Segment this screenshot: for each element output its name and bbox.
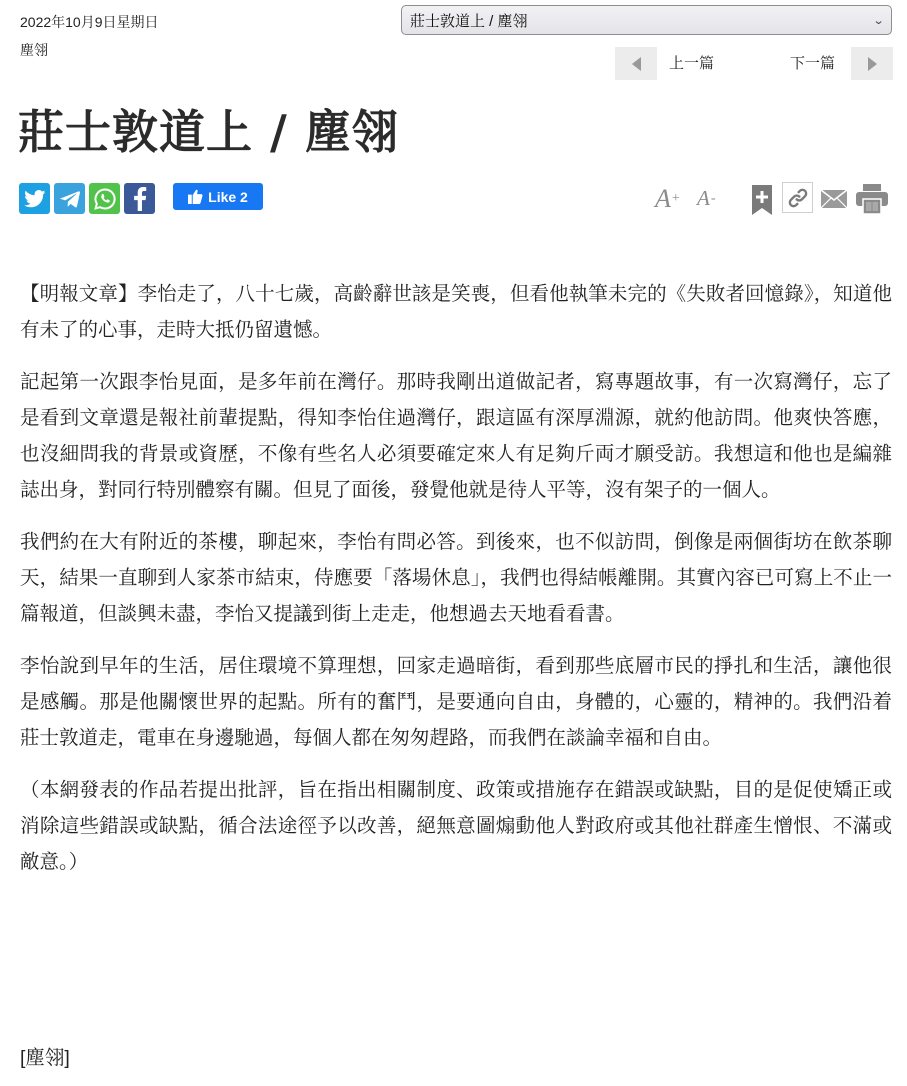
print-icon — [856, 184, 888, 214]
copy-link-button[interactable] — [782, 182, 813, 213]
article-byline: [塵翎] — [20, 1042, 70, 1070]
print-button[interactable] — [856, 183, 888, 215]
link-icon — [787, 187, 809, 209]
twitter-icon — [24, 190, 46, 208]
article-select-dropdown[interactable]: 莊士敦道上 / 塵翎 ⌄ — [401, 5, 892, 35]
facebook-icon — [133, 187, 147, 211]
article-select-value: 莊士敦道上 / 塵翎 — [410, 10, 528, 31]
telegram-icon — [60, 190, 80, 208]
font-decrease-button[interactable]: A- — [697, 186, 716, 211]
like-count-label: Like 2 — [208, 189, 248, 205]
email-share-button[interactable] — [821, 189, 847, 209]
bookmark-add-icon — [752, 185, 772, 215]
article-paragraph: 李怡說到早年的生活，居住環境不算理想，回家走過暗街，看到那些底層市民的掙扎和生活… — [20, 648, 892, 756]
minus-sign: - — [711, 191, 716, 207]
article-body: 【明報文章】李怡走了，八十七歲，高齡辭世該是笑喪，但看他執筆未完的《失敗者回憶錄… — [20, 276, 892, 896]
thumbs-up-icon — [188, 189, 203, 204]
arrow-left-icon — [632, 57, 641, 71]
prev-article-button[interactable] — [615, 47, 657, 80]
plus-sign: + — [672, 191, 680, 207]
article-paragraph: 記起第一次跟李怡見面，是多年前在灣仔。那時我剛出道做記者，寫專題故事，有一次寫灣… — [20, 364, 892, 508]
author-name: 塵翎 — [20, 40, 48, 60]
share-twitter-button[interactable] — [19, 183, 50, 214]
article-tools: A+ A- — [655, 182, 895, 218]
arrow-right-icon — [868, 57, 877, 71]
share-facebook-button[interactable] — [124, 183, 155, 214]
font-increase-button[interactable]: A+ — [655, 184, 680, 214]
article-paragraph: 【明報文章】李怡走了，八十七歲，高齡辭世該是笑喪，但看他執筆未完的《失敗者回憶錄… — [20, 276, 892, 348]
share-buttons — [19, 183, 155, 214]
disclaimer-paragraph: （本網發表的作品若提出批評，旨在指出相關制度、政策或措施存在錯誤或缺點，目的是促… — [20, 772, 892, 880]
share-telegram-button[interactable] — [54, 183, 85, 214]
publish-date: 2022年10月9日星期日 — [20, 12, 159, 32]
prev-article-link[interactable]: 上一篇 — [669, 52, 714, 73]
share-whatsapp-button[interactable] — [89, 183, 120, 214]
font-decrease-icon: A — [697, 186, 710, 211]
article-paragraph: 我們約在大有附近的茶樓，聊起來，李怡有問必答。到後來，也不似訪問，倒像是兩個街坊… — [20, 524, 892, 632]
page-title: 莊士敦道上 / 塵翎 — [18, 96, 399, 162]
next-article-button[interactable] — [851, 47, 893, 80]
chevron-down-icon: ⌄ — [872, 14, 884, 27]
whatsapp-icon — [93, 187, 117, 211]
bookmark-add-button[interactable] — [751, 185, 773, 215]
facebook-like-button[interactable]: Like 2 — [173, 183, 263, 210]
font-increase-icon: A — [655, 184, 671, 214]
next-article-link[interactable]: 下一篇 — [790, 52, 835, 73]
mail-icon — [821, 190, 847, 208]
